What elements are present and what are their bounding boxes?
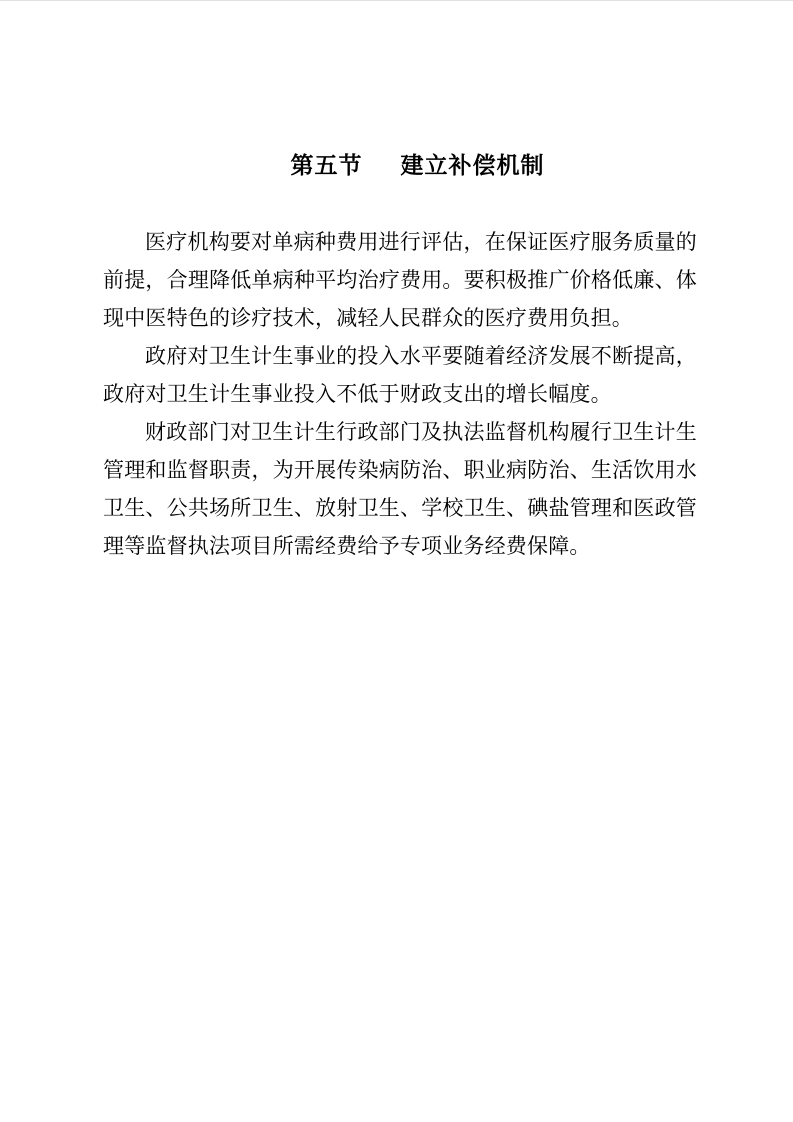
- document-body: 医疗机构要对单病种费用进行评估，在保证医疗服务质量的前提，合理降低单病种平均治疗…: [103, 223, 697, 565]
- document-page: 第五节 建立补偿机制 医疗机构要对单病种费用进行评估，在保证医疗服务质量的前提，…: [0, 0, 793, 1122]
- section-title: 建立补偿机制: [401, 152, 545, 179]
- paragraph: 政府对卫生计生事业的投入水平要随着经济发展不断提高，政府对卫生计生事业投入不低于…: [103, 337, 697, 413]
- paragraph: 财政部门对卫生计生行政部门及执法监督机构履行卫生计生管理和监督职责，为开展传染病…: [103, 413, 697, 565]
- section-number: 第五节: [291, 152, 363, 179]
- section-heading: 第五节 建立补偿机制: [21, 152, 793, 179]
- paragraph: 医疗机构要对单病种费用进行评估，在保证医疗服务质量的前提，合理降低单病种平均治疗…: [103, 223, 697, 337]
